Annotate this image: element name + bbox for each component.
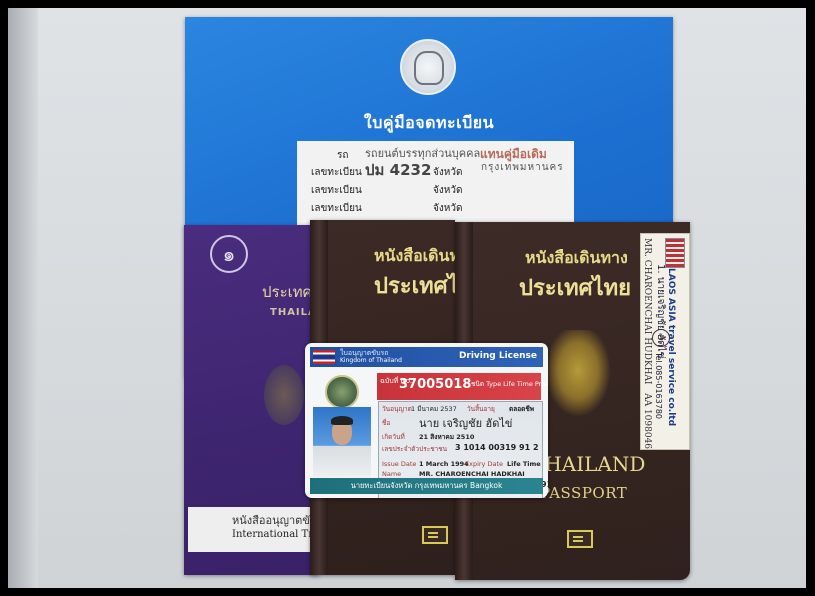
license-type: ชนิด Type Life Time Private Car: [471, 380, 548, 388]
kingdom-label: Kingdom of Thailand: [340, 357, 402, 364]
permit-label-thai: หนังสืออนุญาตขับรถระหว่างประเทศ: [232, 511, 319, 529]
registration-title: ใบคู่มือจดทะเบียน: [185, 111, 673, 136]
province-label-row: จังหวัด: [433, 201, 462, 216]
passport-country-thai: ประเทศไทย: [374, 268, 455, 303]
name-thai-label: ชื่อ: [382, 418, 390, 428]
table-shadow: [8, 8, 38, 588]
plate-label-row: เลขทะเบียน: [311, 201, 362, 216]
id-thai: 3 1014 00319 91 2: [455, 443, 539, 452]
handwritten-number-mark: ๑: [210, 235, 248, 273]
issue-date-thai-label: วันอนุญาต: [382, 404, 412, 414]
travel-agency-sticker: LAOS ASIA travel service co.ltd 1. นายเจ…: [640, 233, 690, 450]
passport-label-english: PASSPORT: [540, 484, 627, 502]
vehicle-label: รถ: [337, 148, 348, 163]
garuda-emblem-icon: [543, 330, 613, 420]
expiry-date-label: Expiry Date: [465, 460, 503, 468]
license-number: 37005018: [399, 377, 471, 392]
biometric-chip-icon: [567, 530, 593, 548]
hair-shape: [331, 416, 353, 425]
passport-title-thai: หนังสือเดินทาง: [525, 246, 628, 271]
province-label: จังหวัด: [433, 165, 462, 180]
passport-country-english: THAILAND: [531, 452, 645, 476]
province-value: กรุงเทพมหานคร: [481, 160, 564, 175]
name-english: MR. CHAROENCHAI HADKHAI: [419, 470, 525, 478]
thai-flag-icon: [313, 350, 335, 364]
issue-date: 1 March 1994: [419, 460, 469, 468]
handwritten-number-mark: 1: [652, 329, 670, 347]
biometric-chip-icon: [422, 526, 448, 544]
international-driving-permit: ๑ ประเทศไทย THAILAND หนังสืออนุญาตขับรถร…: [184, 225, 319, 575]
id-thai-label: เลขประจำตัวประชาชน: [382, 444, 447, 454]
department-seal-icon: [325, 375, 359, 409]
photo-frame: ใบคู่มือจดทะเบียน รถ รถยนต์บรรทุกส่วนบุค…: [0, 0, 815, 596]
plate-number: ปม 4232: [365, 158, 431, 182]
holder-photo: [313, 407, 371, 477]
name-label: Name: [382, 470, 401, 478]
birth-date-thai: 21 สิงหาคม 2510: [419, 432, 474, 442]
passport-country-thai: ประเทศไทย: [519, 270, 631, 305]
agency-logo-icon: [665, 238, 685, 268]
province-label-row: จังหวัด: [433, 183, 462, 198]
holder-name-passport: MR. CHAROENCHAI HUDKHAI AA 1098046: [642, 238, 652, 449]
license-title-english: Driving License: [459, 351, 537, 361]
issue-date-label: Issue Date: [382, 460, 416, 468]
garuda-emblem-icon: [264, 365, 304, 425]
license-header: ใบอนุญาตขับรถ Kingdom of Thailand Drivin…: [310, 347, 543, 367]
expiry-date: Life Time: [507, 460, 541, 468]
expiry-date-thai: ตลอดชีพ: [509, 404, 534, 414]
birth-date-thai-label: เกิดวันที่: [382, 432, 405, 442]
issue-date-thai: 1 มีนาคม 2537: [411, 404, 457, 414]
permit-label: หนังสืออนุญาตขับรถระหว่างประเทศ Internat…: [188, 507, 319, 552]
plate-label-row: เลขทะเบียน: [311, 183, 362, 198]
license-issuer: นายทะเบียนจังหวัด กรุงเทพมหานคร Bangkok: [310, 478, 543, 494]
permit-label-english: International Traffic: [232, 529, 319, 540]
passport-title-thai: หนังสือเดินทาง: [374, 244, 455, 269]
expiry-date-thai-label: วันสิ้นอายุ: [467, 404, 495, 414]
license-number-band: ฉบับที่ No. 37005018 ชนิด Type Life Time…: [377, 373, 541, 400]
agency-telephone: Tel.085-0163780: [654, 352, 663, 419]
name-thai: นาย เจริญชัย ฮัดไข่: [419, 414, 512, 432]
plate-label: เลขทะเบียน: [311, 165, 362, 180]
driving-license-card: ใบอนุญาตขับรถ Kingdom of Thailand Drivin…: [305, 343, 548, 498]
garuda-seal-icon: [400, 39, 456, 95]
registration-form: รถ รถยนต์บรรทุกส่วนบุคคล ปม 4232 แทนคู่ม…: [297, 141, 574, 225]
